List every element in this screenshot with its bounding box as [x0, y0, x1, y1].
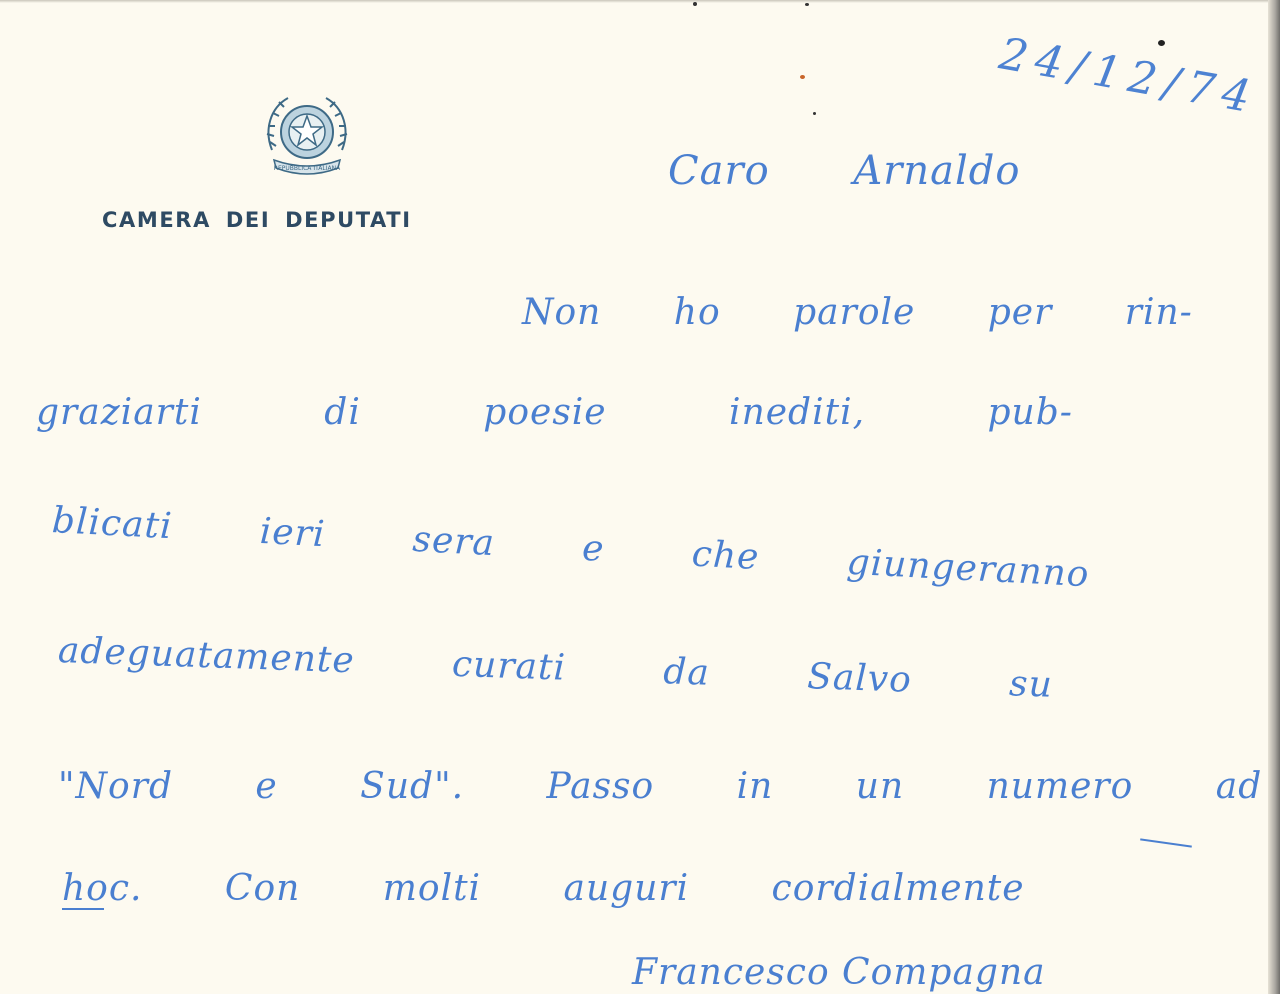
letter-line-1: Non ho parole per rin- [522, 292, 1193, 333]
letter-line-2: graziarti di poesie inediti, pub- [36, 392, 1073, 433]
emblem-icon: REPUBBLICA ITALIANA [262, 90, 352, 182]
paper-right-edge [1268, 0, 1280, 994]
letter-line-6: hoc. Con molti auguri cordialmente [62, 868, 1025, 909]
paper-speck [693, 2, 697, 6]
underline-hoc [62, 908, 104, 910]
paper-speck [805, 3, 809, 6]
svg-text:REPUBBLICA ITALIANA: REPUBBLICA ITALIANA [274, 165, 341, 172]
letter-paper [0, 0, 1268, 994]
letter-signature: Francesco Compagna [632, 952, 1046, 993]
letter-salutation: Caro Arnaldo [668, 148, 1020, 194]
paper-speck [1158, 40, 1165, 46]
letter-line-5: "Nord e Sud". Passo in un numero ad [58, 766, 1262, 807]
paper-top-edge [0, 0, 1268, 3]
letterhead-title: CAMERA DEI DEPUTATI [102, 208, 412, 232]
paper-speck [813, 112, 816, 115]
paper-speck [800, 75, 805, 79]
